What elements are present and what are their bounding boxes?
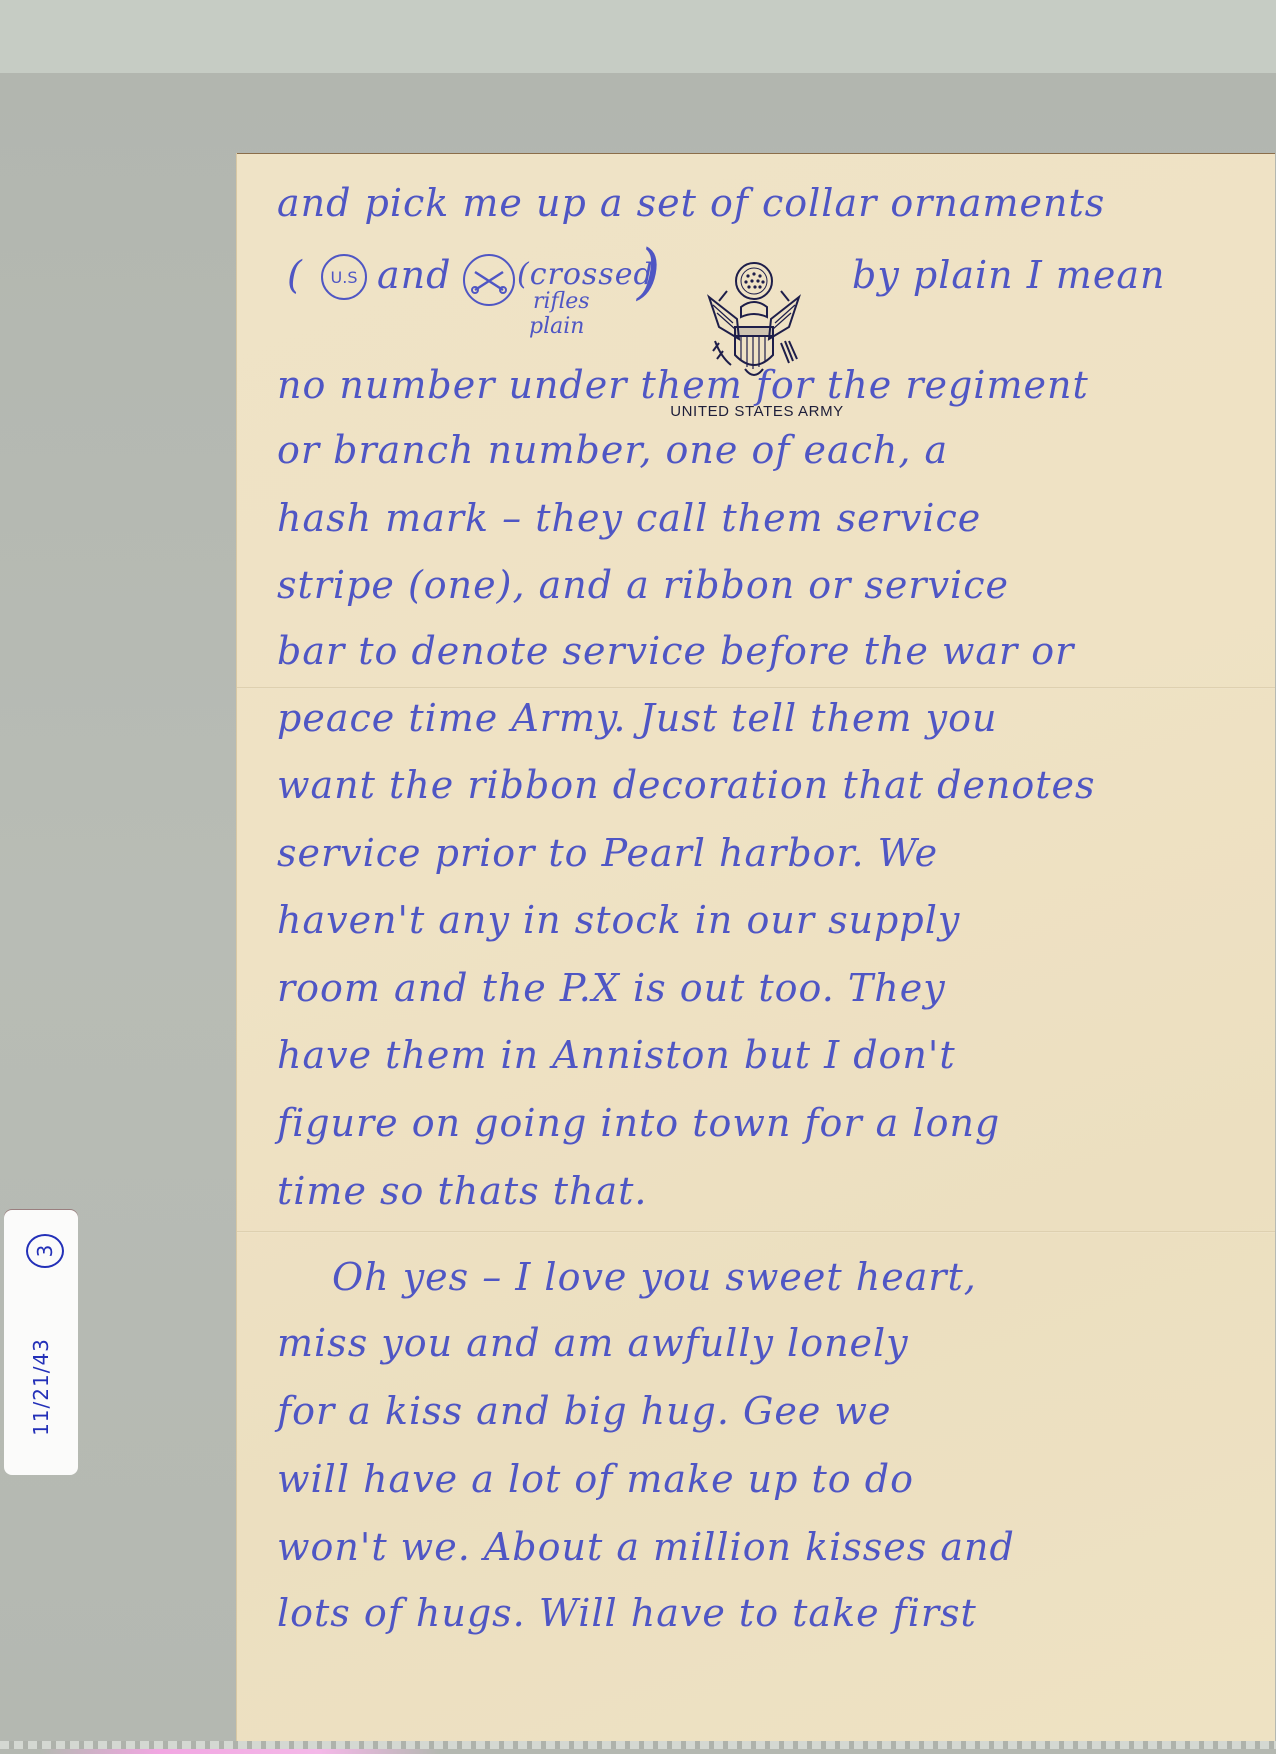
fold-crease	[237, 1231, 1275, 1233]
crossed-rifles-icon	[463, 254, 515, 306]
scan-artifact	[40, 1749, 440, 1754]
plain-note: plain	[529, 314, 584, 339]
item-number-badge: 3	[26, 1234, 64, 1268]
rifles-note: rifles	[533, 289, 590, 314]
letter-date: 11/21/43	[29, 1322, 53, 1452]
archive-label: 3 11/21/43	[4, 1210, 78, 1475]
sleeve-perforation	[0, 1741, 1276, 1749]
scanner-top-strip	[0, 0, 1276, 74]
us-collar-ornament-icon: U.S	[321, 254, 367, 300]
fold-crease	[237, 687, 1275, 689]
letter-page: UNITED STATES ARMY and pick me up a set …	[237, 153, 1275, 1742]
